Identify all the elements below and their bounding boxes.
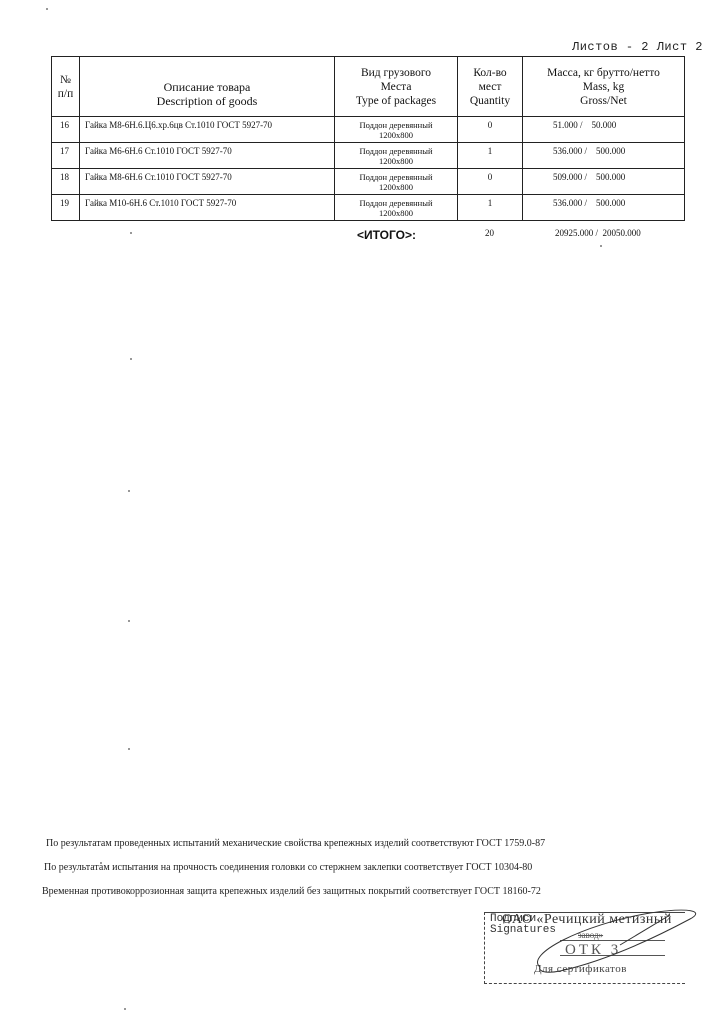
row-mass: 536.000 / 500.000	[523, 195, 685, 221]
header-packaging: Вид грузового Места Type of packages	[335, 57, 458, 117]
row-description: Гайка М8-6Н.6 Ст.1010 ГОСТ 5927-70	[80, 169, 335, 195]
header-quantity-ru-2: мест	[458, 80, 522, 94]
row-packaging-line: 1200x800	[335, 182, 457, 192]
scan-speck	[124, 1008, 126, 1010]
row-mass-separator: /	[582, 172, 596, 182]
row-packaging-line: 1200x800	[335, 130, 457, 140]
header-num-ru: №	[52, 73, 79, 87]
header-mass-sub: Gross/Net	[523, 94, 684, 108]
row-mass-net: 500.000	[596, 198, 625, 208]
total-label: <ИТОГО>:	[357, 228, 416, 242]
header-packaging-en: Type of packages	[335, 94, 457, 108]
table-row: 18Гайка М8-6Н.6 Ст.1010 ГОСТ 5927-70Подд…	[52, 169, 685, 195]
row-mass: 536.000 / 500.000	[523, 143, 685, 169]
row-packaging-line: 1200x800	[335, 156, 457, 166]
row-packaging-line: Поддон деревянный	[335, 120, 457, 130]
row-quantity: 0	[458, 117, 523, 143]
scan-speck	[128, 620, 130, 622]
scan-speck	[130, 358, 132, 360]
row-packaging: Поддон деревянный1200x800	[335, 169, 458, 195]
row-packaging: Поддон деревянный1200x800	[335, 195, 458, 221]
row-mass-gross: 509.000	[553, 172, 582, 182]
scan-speck	[46, 8, 48, 10]
header-description: Описание товара Description of goods	[80, 57, 335, 117]
row-mass-separator: /	[578, 120, 592, 130]
header-packaging-ru-1: Вид грузового	[335, 66, 457, 80]
header-quantity-ru-1: Кол-во	[458, 66, 522, 80]
total-quantity: 20	[485, 228, 494, 238]
header-description-en: Description of goods	[80, 94, 334, 108]
note-mechanical-properties: По результатам проведенных испытаний мех…	[46, 838, 545, 849]
header-description-ru: Описание товара	[80, 66, 334, 94]
table-row: 16Гайка М8-6Н.6.Ц6.хр.6цв Ст.1010 ГОСТ 5…	[52, 117, 685, 143]
row-quantity: 1	[458, 143, 523, 169]
scan-speck	[100, 862, 102, 864]
row-description: Гайка М6-6Н.6 Ст.1010 ГОСТ 5927-70	[80, 143, 335, 169]
row-number: 17	[52, 143, 80, 169]
sheet-count: Листов - 2 Лист 2	[572, 40, 703, 54]
row-number: 19	[52, 195, 80, 221]
row-number: 16	[52, 117, 80, 143]
header-mass-en: Mass, kg	[523, 80, 684, 94]
row-number: 18	[52, 169, 80, 195]
row-description: Гайка М8-6Н.6.Ц6.хр.6цв Ст.1010 ГОСТ 592…	[80, 117, 335, 143]
scan-speck	[600, 245, 602, 247]
row-mass-net: 50.000	[592, 120, 617, 130]
scan-speck	[128, 748, 130, 750]
row-packaging-line: Поддон деревянный	[335, 172, 457, 182]
header-num: № п/п	[52, 57, 80, 117]
note-corrosion-protection: Временная противокоррозионная защита кре…	[42, 886, 541, 897]
table-row: 17Гайка М6-6Н.6 Ст.1010 ГОСТ 5927-70Подд…	[52, 143, 685, 169]
row-mass-separator: /	[582, 198, 596, 208]
row-mass-separator: /	[582, 146, 596, 156]
header-num-sub: п/п	[52, 87, 79, 101]
row-quantity: 1	[458, 195, 523, 221]
table-header-row: № п/п Описание товара Description of goo…	[52, 57, 685, 117]
scan-speck	[128, 490, 130, 492]
header-mass: Масса, кг брутто/нетто Mass, kg Gross/Ne…	[523, 57, 685, 117]
row-packaging: Поддон деревянный1200x800	[335, 143, 458, 169]
row-description: Гайка М10-6Н.6 Ст.1010 ГОСТ 5927-70	[80, 195, 335, 221]
goods-table: № п/п Описание товара Description of goo…	[51, 56, 685, 221]
row-quantity: 0	[458, 169, 523, 195]
header-mass-ru: Масса, кг брутто/нетто	[523, 66, 684, 80]
header-quantity-en: Quantity	[458, 94, 522, 108]
total-mass: 20925.000 / 20050.000	[555, 228, 641, 238]
header-packaging-ru-2: Места	[335, 80, 457, 94]
note-head-strength: По результатам испытания на прочность со…	[44, 862, 532, 873]
row-mass-net: 500.000	[596, 172, 625, 182]
row-packaging-line: Поддон деревянный	[335, 198, 457, 208]
signature-scribble-icon	[520, 905, 710, 975]
row-mass: 51.000 / 50.000	[523, 117, 685, 143]
row-packaging-line: Поддон деревянный	[335, 146, 457, 156]
row-mass-gross: 536.000	[553, 198, 582, 208]
row-mass: 509.000 / 500.000	[523, 169, 685, 195]
row-packaging-line: 1200x800	[335, 208, 457, 218]
row-mass-net: 500.000	[596, 146, 625, 156]
table-row: 19Гайка М10-6Н.6 Ст.1010 ГОСТ 5927-70Под…	[52, 195, 685, 221]
row-mass-gross: 51.000	[553, 120, 578, 130]
row-packaging: Поддон деревянный1200x800	[335, 117, 458, 143]
header-quantity: Кол-во мест Quantity	[458, 57, 523, 117]
row-mass-gross: 536.000	[553, 146, 582, 156]
scan-speck	[130, 232, 132, 234]
